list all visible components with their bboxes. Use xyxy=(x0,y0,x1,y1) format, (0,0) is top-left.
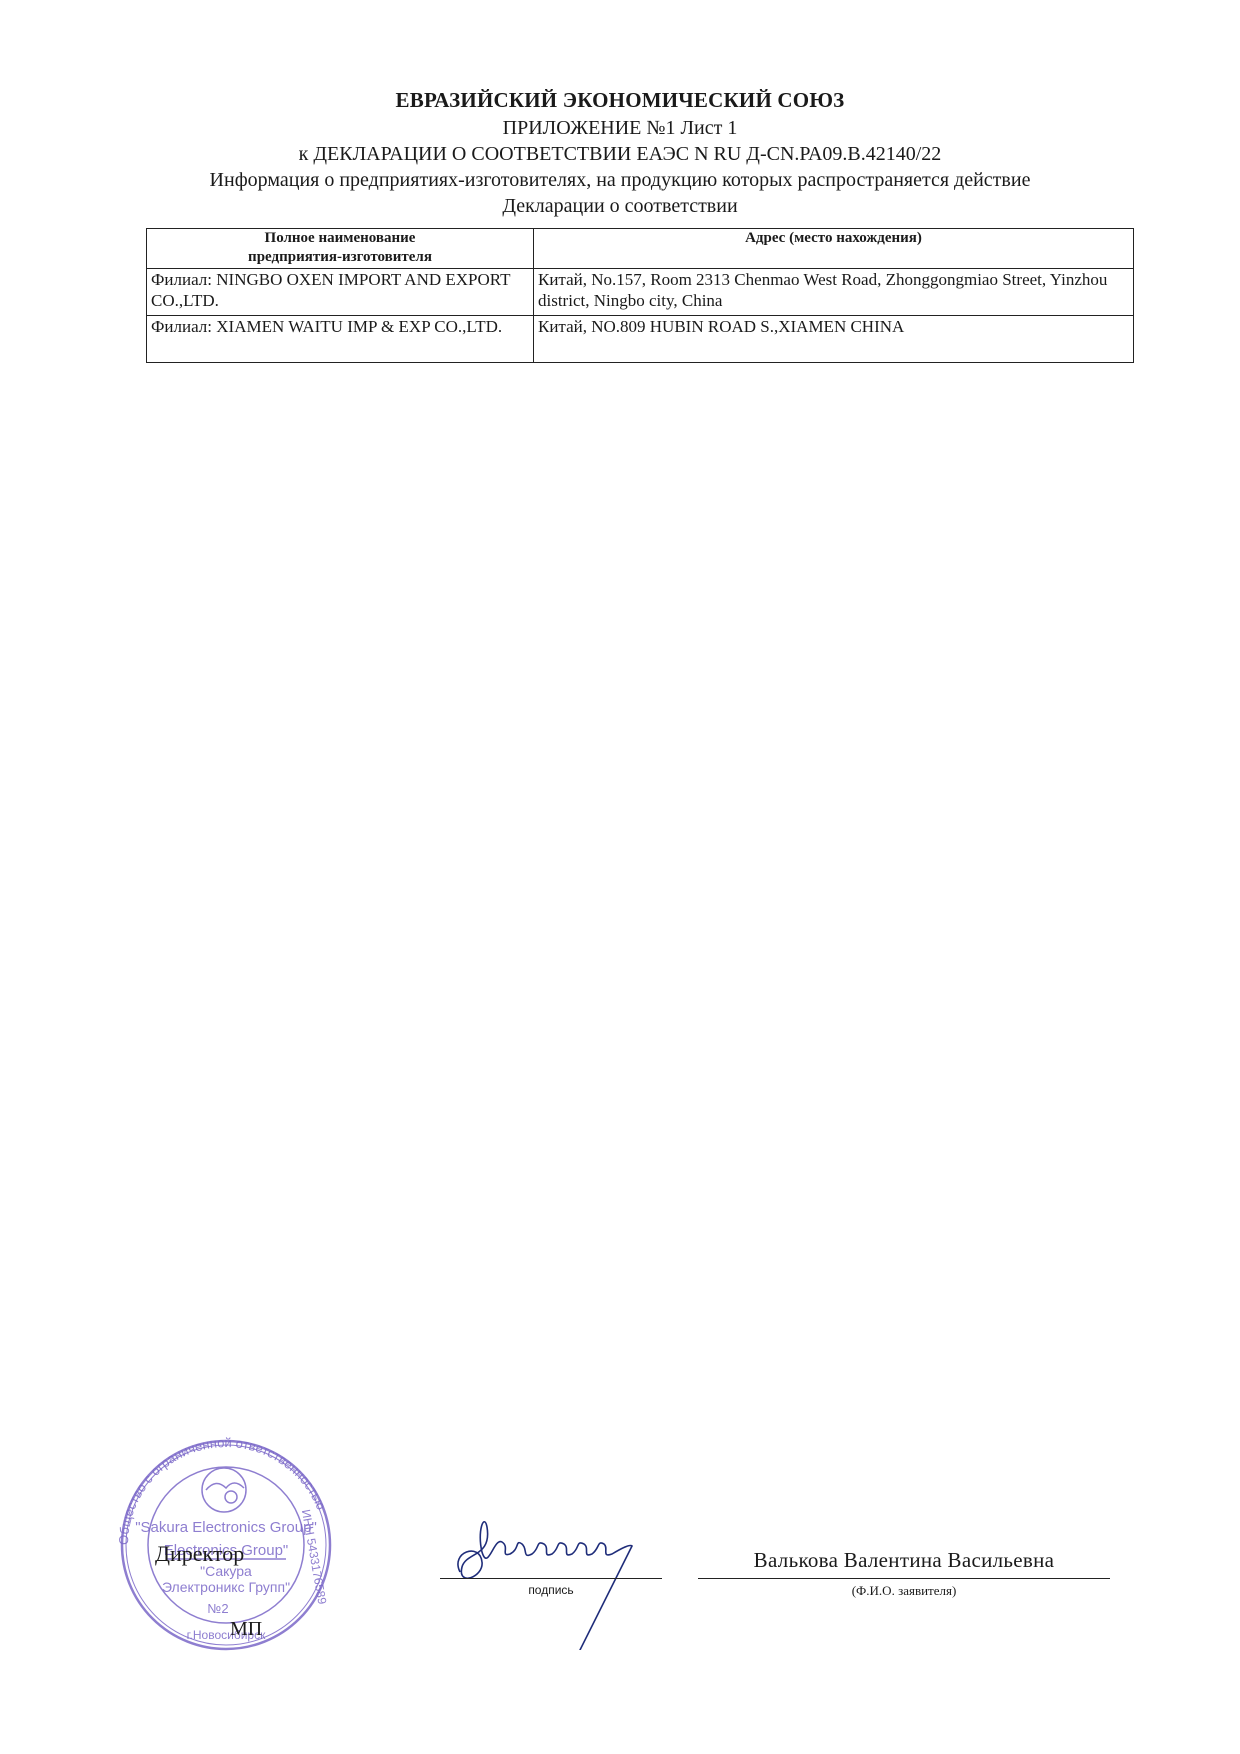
declaration-reference: к ДЕКЛАРАЦИИ О СООТВЕТСТВИИ ЕАЭС N RU Д-… xyxy=(0,143,1240,166)
applicant-name: Валькова Валентина Васильевна xyxy=(698,1548,1110,1573)
signature-line xyxy=(440,1578,662,1579)
column-header-name-line1: Полное наименование xyxy=(151,229,529,248)
manufacturer-name: Филиал: NINGBO OXEN IMPORT AND EXPORT CO… xyxy=(147,269,534,316)
svg-text:"Sakura Electronics Group": "Sakura Electronics Group" xyxy=(135,1519,317,1536)
column-header-name-line2: предприятия-изготовителя xyxy=(151,248,529,267)
svg-text:№2: №2 xyxy=(207,1601,228,1616)
table-row: Филиал: NINGBO OXEN IMPORT AND EXPORT CO… xyxy=(147,269,1134,316)
seal-label: МП xyxy=(230,1618,262,1641)
name-line xyxy=(698,1578,1110,1579)
signature-icon xyxy=(440,1510,670,1650)
manufacturer-address: Китай, No.157, Room 2313 Chenmao West Ro… xyxy=(534,269,1134,316)
info-line-2: Декларации о соответствии xyxy=(0,195,1240,218)
column-header-address: Адрес (место нахождения) xyxy=(534,229,1134,269)
table-row: Филиал: XIAMEN WAITU IMP & EXP CO.,LTD. … xyxy=(147,316,1134,363)
appendix-title: ПРИЛОЖЕНИЕ №1 Лист 1 xyxy=(0,117,1240,140)
column-header-name: Полное наименование предприятия-изготови… xyxy=(147,229,534,269)
manufacturers-table: Полное наименование предприятия-изготови… xyxy=(146,228,1134,363)
column-header-address-line1: Адрес (место нахождения) xyxy=(538,229,1129,248)
union-title: ЕВРАЗИЙСКИЙ ЭКОНОМИЧЕСКИЙ СОЮЗ xyxy=(0,88,1240,113)
signatory-role: Директор xyxy=(155,1541,244,1567)
table-header-row: Полное наименование предприятия-изготови… xyxy=(147,229,1134,269)
signature-caption: подпись xyxy=(440,1583,662,1597)
svg-text:Электроникс Групп": Электроникс Групп" xyxy=(162,1579,290,1595)
manufacturer-address: Китай, NO.809 HUBIN ROAD S.,XIAMEN CHINA xyxy=(534,316,1134,363)
manufacturer-name: Филиал: XIAMEN WAITU IMP & EXP CO.,LTD. xyxy=(147,316,534,363)
info-line-1: Информация о предприятиях-изготовителях,… xyxy=(0,169,1240,192)
applicant-caption: (Ф.И.О. заявителя) xyxy=(698,1583,1110,1599)
